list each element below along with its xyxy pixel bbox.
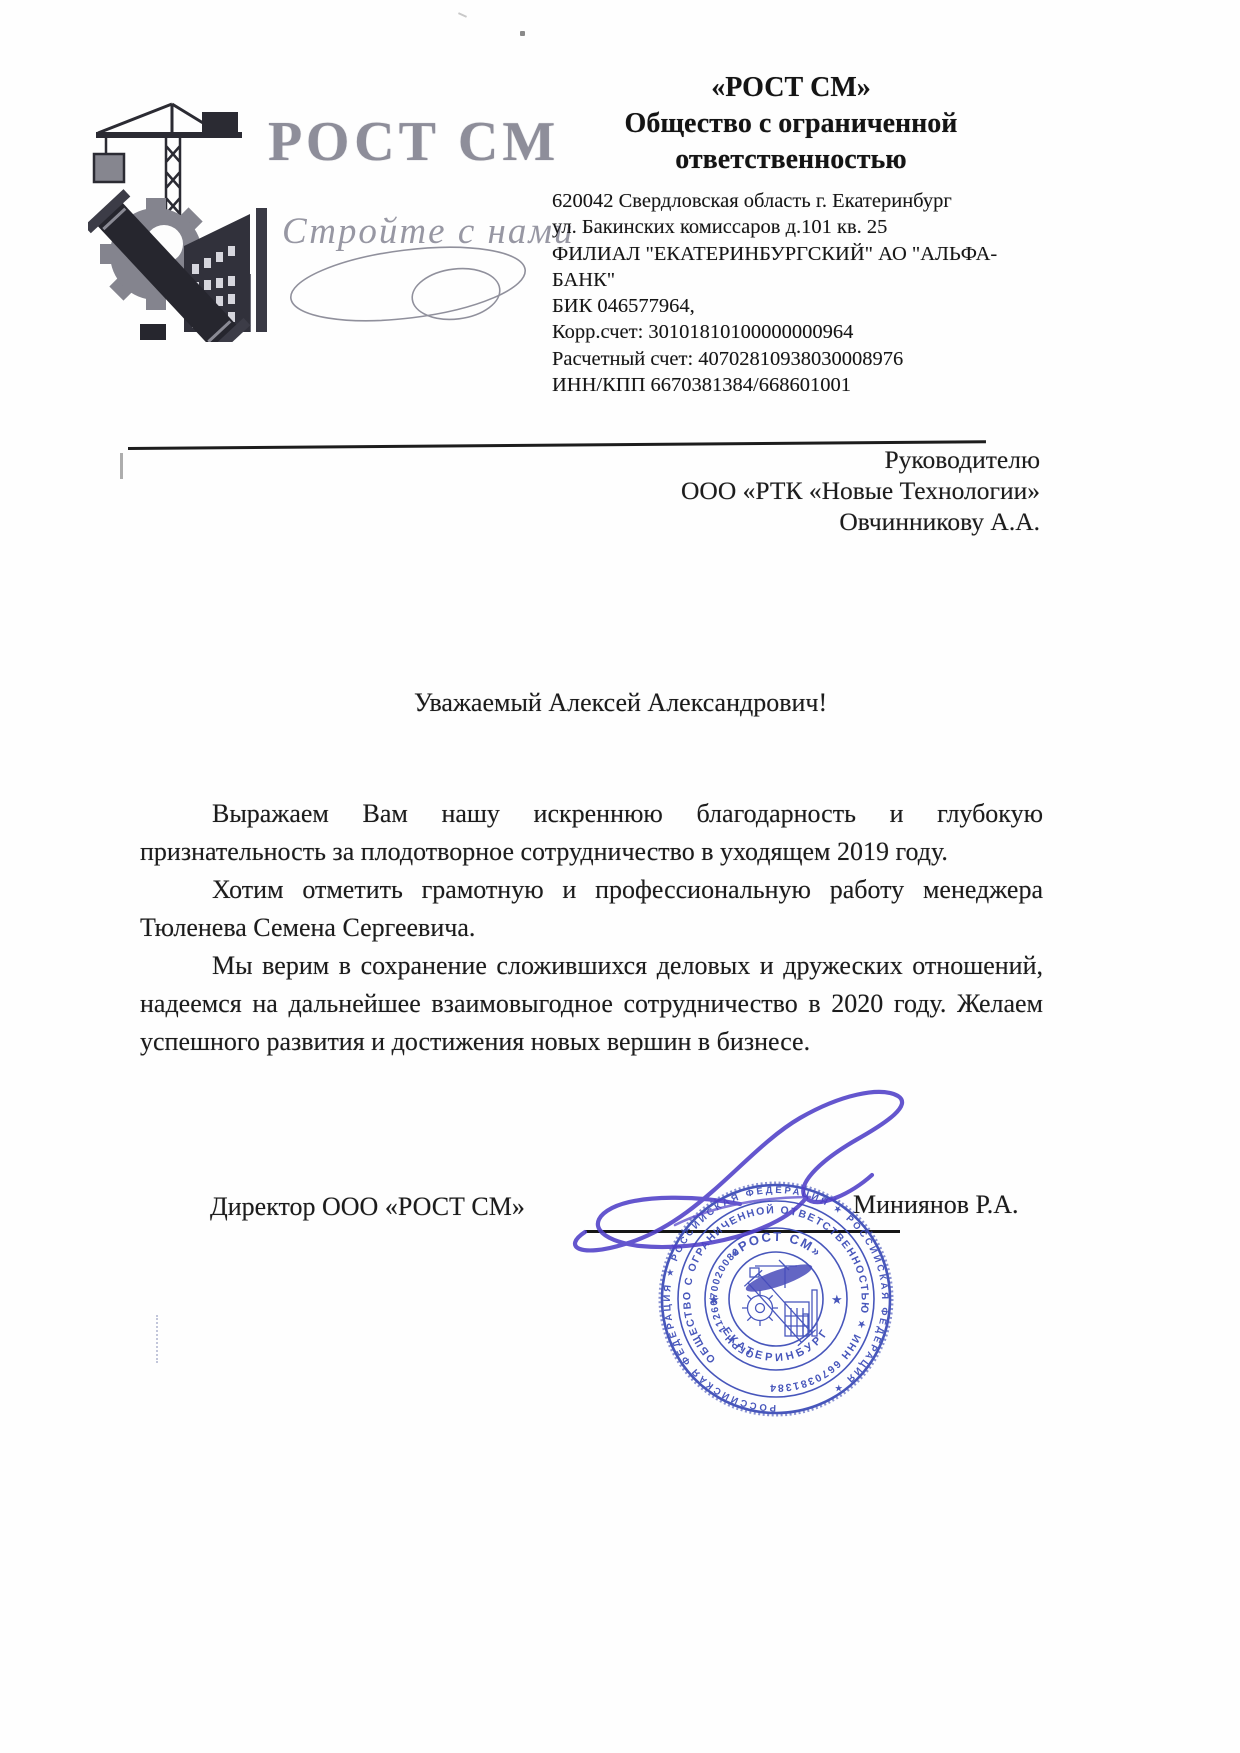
body-line: признательность за плодотворное сотрудни… — [140, 833, 1043, 871]
salutation: Уважаемый Алексей Александрович! — [414, 688, 827, 718]
header-org-form-line2: ответственностью — [552, 142, 1030, 178]
address-line: ФИЛИАЛ "ЕКАТЕРИНБУРГСКИЙ" АО "АЛЬФА-БАНК… — [552, 241, 1030, 294]
letter-body: Выражаем Вам нашу искреннюю благодарност… — [140, 795, 1043, 1061]
body-line: надеемся на дальнейшее взаимовыгодное со… — [140, 985, 1043, 1023]
recipient-block: Руководителю ООО «РТК «Новые Технологии»… — [681, 444, 1040, 537]
stamp-left-star: ★ — [708, 1292, 722, 1307]
address-line: ИНН/КПП 6670381384/668601001 — [552, 372, 1030, 398]
handwritten-signature — [555, 1085, 935, 1260]
body-line: успешного развития и достижения новых ве… — [140, 1023, 1043, 1061]
header-address-block: 620042 Свердловская область г. Екатеринб… — [552, 188, 1030, 398]
body-line: Хотим отметить грамотную и профессиональ… — [140, 871, 1043, 909]
address-line: ул. Бакинских комиссаров д.101 кв. 25 — [552, 214, 1030, 240]
letter-page: РОСТ СМ Стройте с нами «РОСТ СМ» Обществ… — [0, 0, 1240, 1753]
address-line: Корр.счет: 30101810100000000964 — [552, 319, 1030, 345]
address-line: Расчетный счет: 40702810938030008976 — [552, 346, 1030, 372]
body-line: Выражаем Вам нашу искреннюю благодарност… — [140, 795, 1043, 833]
recipient-line: Овчинникову А.А. — [681, 506, 1040, 537]
letterhead-header: «РОСТ СМ» Общество с ограниченной ответс… — [552, 70, 1030, 398]
address-line: 620042 Свердловская область г. Екатеринб… — [552, 188, 1030, 214]
stamp-right-star: ★ — [831, 1292, 845, 1307]
scan-speck — [520, 31, 525, 36]
header-org-form-line1: Общество с ограниченной — [552, 106, 1030, 142]
header-company-name: «РОСТ СМ» — [552, 70, 1030, 106]
recipient-line: ООО «РТК «Новые Технологии» — [681, 475, 1040, 506]
address-line: БИК 046577964, — [552, 293, 1030, 319]
recipient-line: Руководителю — [681, 444, 1040, 475]
scan-mark — [156, 1315, 158, 1363]
body-line: Тюленева Семена Сергеевича. — [140, 909, 1043, 947]
signature-title: Директор ООО «РОСТ СМ» — [210, 1192, 525, 1222]
scan-speck — [458, 12, 467, 18]
stamp-emblem-icon — [742, 1259, 817, 1346]
brand-text: РОСТ СМ — [268, 110, 559, 174]
tagline-flourish-icon — [240, 242, 570, 342]
body-line: Мы верим в сохранение сложившихся деловы… — [140, 947, 1043, 985]
scan-mark — [120, 453, 123, 479]
beam-base — [140, 324, 166, 340]
